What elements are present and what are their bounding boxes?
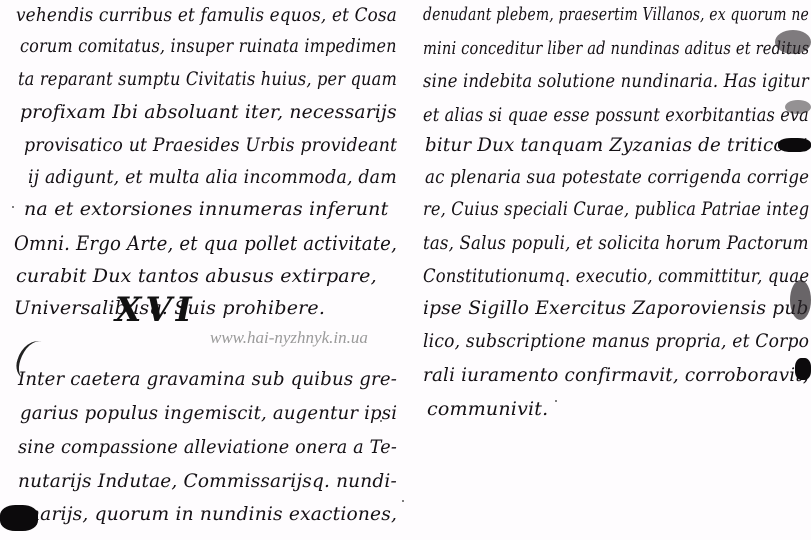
manuscript-line: ipse Sigillo Exercitus Zaporoviensis pub bbox=[423, 297, 809, 319]
manuscript-line: communivit. bbox=[427, 398, 548, 420]
manuscript-line: narijs, quorum in nundinis exactiones, bbox=[28, 503, 397, 525]
manuscript-page: vehendis curribus et famulis equos, et C… bbox=[0, 0, 811, 540]
manuscript-line: ij adigunt, et multa alia incommoda, dam bbox=[28, 166, 397, 188]
manuscript-line: ta reparant sumptu Civitatis huius, per … bbox=[18, 68, 397, 90]
ink-smudge bbox=[785, 100, 811, 114]
ink-blot bbox=[0, 505, 38, 531]
section-heading: XVI bbox=[115, 290, 196, 330]
ink-smudge bbox=[790, 280, 811, 320]
manuscript-line: Omni. Ergo Arte, et qua pollet activitat… bbox=[14, 231, 397, 255]
paper-speck bbox=[380, 420, 382, 422]
manuscript-line: sine compassione alleviatione onera a Te… bbox=[18, 436, 397, 458]
manuscript-line: lico, subscriptione manus propria, et Co… bbox=[423, 330, 809, 352]
manuscript-line: bitur Dux tanquam Zyzanias de tritico et bbox=[425, 134, 809, 156]
manuscript-line: provisatico ut Praesides Urbis providean… bbox=[24, 134, 397, 156]
ink-smudge bbox=[775, 30, 811, 54]
paper-speck bbox=[12, 206, 14, 208]
ink-blot bbox=[778, 138, 811, 152]
manuscript-line: sine indebita solutione nundinaria. Has … bbox=[423, 70, 809, 92]
manuscript-line: corum comitatus, insuper ruinata impedim… bbox=[20, 35, 397, 57]
manuscript-line: rali iuramento confirmavit, corroboravit… bbox=[423, 364, 809, 386]
manuscript-line: et alias si quae esse possunt exorbitant… bbox=[423, 104, 809, 126]
manuscript-line: Inter caetera gravamina sub quibus gre- bbox=[18, 368, 397, 390]
manuscript-line: na et extorsiones innumeras inferunt bbox=[24, 198, 388, 220]
manuscript-line: denudant plebem, praesertim Villanos, ex… bbox=[423, 4, 809, 25]
manuscript-line: ac plenaria sua potestate corrigenda cor… bbox=[425, 166, 809, 188]
manuscript-line: profixam Ibi absoluant iter, necessarijs bbox=[20, 101, 397, 123]
watermark-url: www.hai-nyzhnyk.in.ua bbox=[210, 328, 368, 348]
ink-blot bbox=[795, 358, 811, 380]
paper-speck bbox=[402, 500, 404, 502]
manuscript-line: garius populus ingemiscit, augentur ipsi bbox=[20, 402, 397, 424]
manuscript-line: curabit Dux tantos abusus extirpare, bbox=[16, 265, 377, 287]
manuscript-line: Constitutionumq. executio, committitur, … bbox=[423, 265, 809, 287]
manuscript-line: mini conceditur liber ad nundinas aditus… bbox=[423, 38, 809, 59]
manuscript-line: re, Cuius speciali Curae, publica Patria… bbox=[423, 198, 809, 220]
manuscript-line: tas, Salus populi, et solicita horum Pac… bbox=[423, 232, 809, 254]
manuscript-line: nutarijs Indutae, Commissarijsq. nundi- bbox=[18, 470, 397, 492]
manuscript-line: vehendis curribus et famulis equos, et C… bbox=[16, 4, 397, 26]
paper-speck bbox=[555, 400, 557, 402]
